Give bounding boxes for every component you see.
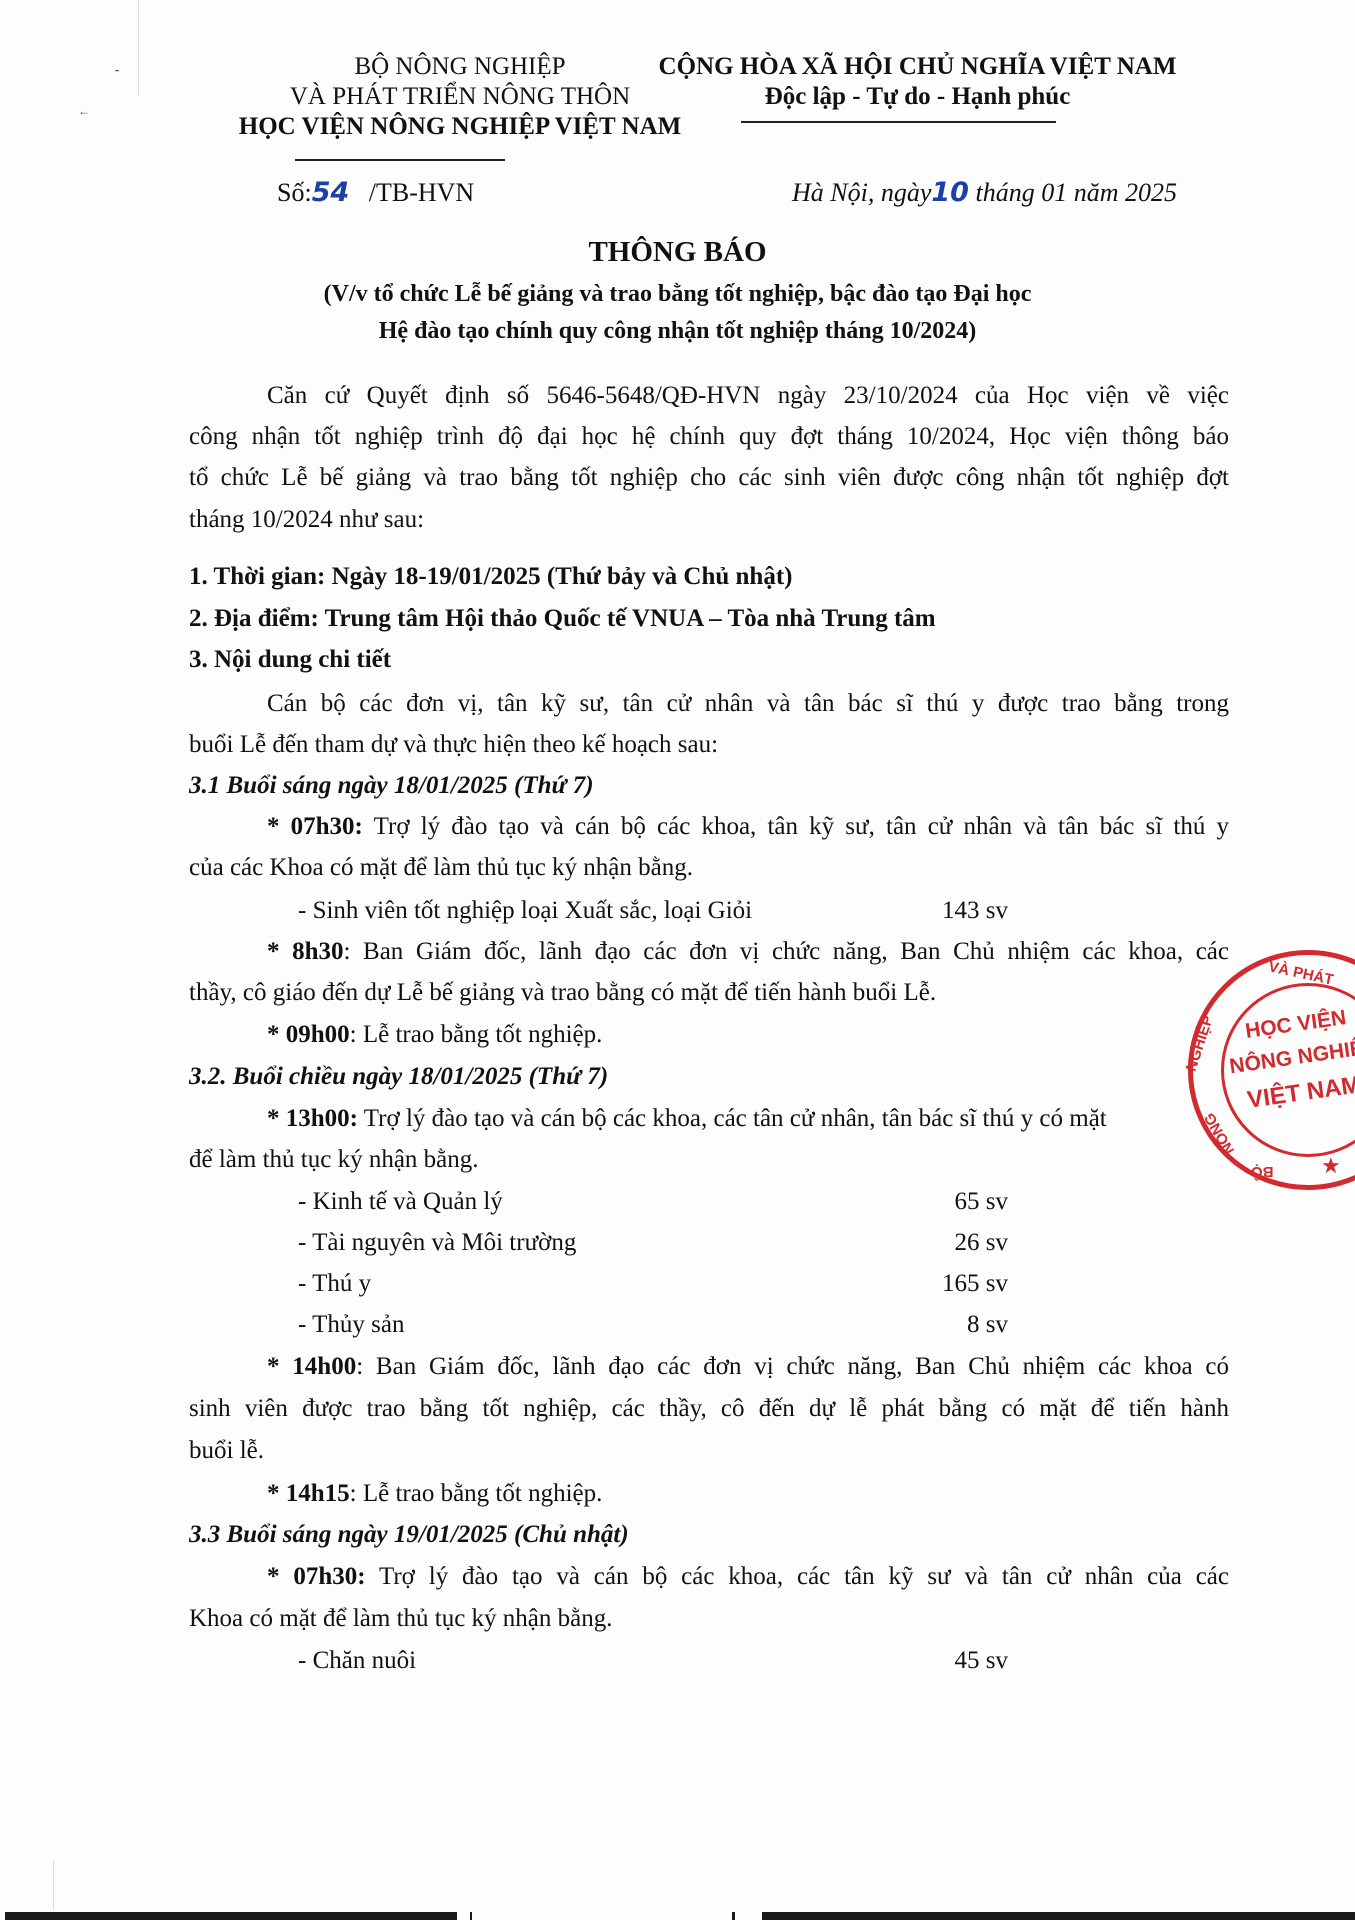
scan-bottom-bar <box>732 1912 735 1920</box>
scan-bottom-bar <box>762 1912 1355 1920</box>
session2-item3: * 14h15: Lễ trao bằng tốt nghiệp. <box>267 1480 602 1508</box>
scan-edge-line <box>53 1860 54 1910</box>
session3-heading: 3.3 Buổi sáng ngày 19/01/2025 (Chủ nhật) <box>189 1521 629 1549</box>
details-intro-line1: Cán bộ các đơn vị, tân kỹ sư, tân cử nhâ… <box>267 690 1229 718</box>
session1-group-name: - Sinh viên tốt nghiệp loại Xuất sắc, lo… <box>298 897 752 925</box>
document-number: Số:54 /TB-HVN <box>277 177 474 208</box>
official-seal: VÀ PHÁT NGHIỆP NÔNG BỘ HỌC VIỆN NÔNG NGH… <box>1188 950 1355 1190</box>
document-subtitle-line2: Hệ đào tạo chính quy công nhận tốt nghiệ… <box>0 318 1355 345</box>
national-motto: CỘNG HÒA XÃ HỘI CHỦ NGHĨA VIỆT NAM Độc l… <box>640 52 1195 112</box>
intro-line-2: công nhận tốt nghiệp trình độ đại học hệ… <box>189 423 1229 451</box>
scan-bottom-bar <box>470 1912 472 1920</box>
session1-item2: * 8h30: Ban Giám đốc, lãnh đạo các đơn v… <box>267 938 1229 966</box>
session2-group-name: - Thú y <box>298 1270 371 1298</box>
session3-group-name: - Chăn nuôi <box>298 1647 416 1675</box>
document-title: THÔNG BÁO <box>0 236 1355 269</box>
seal-star-icon: ★ <box>1321 1153 1341 1179</box>
intro-line-1: Căn cứ Quyết định số 5646-5648/QĐ-HVN ng… <box>267 382 1229 410</box>
header-right-underline <box>741 121 1056 123</box>
session2-heading: 3.2. Buổi chiều ngày 18/01/2025 (Thứ 7) <box>189 1063 608 1091</box>
session2-item1: * 13h00: Trợ lý đào tạo và cán bộ các kh… <box>267 1105 1107 1133</box>
session3-group-count: 45 sv <box>900 1647 1008 1675</box>
country-name: CỘNG HÒA XÃ HỘI CHỦ NGHĨA VIỆT NAM <box>640 52 1195 82</box>
handwritten-number: 54 <box>312 177 350 208</box>
session1-group-count: 143 sv <box>900 897 1008 925</box>
section-venue: 2. Địa điểm: Trung tâm Hội thảo Quốc tế … <box>189 605 936 633</box>
details-intro-line2: buổi Lễ đến tham dự và thực hiện theo kế… <box>189 731 718 759</box>
session2-group-name: - Kinh tế và Quản lý <box>298 1188 503 1216</box>
session3-item1-cont: Khoa có mặt để làm thủ tục ký nhận bằng. <box>189 1605 613 1633</box>
session2-item1-cont: để làm thủ tục ký nhận bằng. <box>189 1146 479 1174</box>
intro-line-3: tổ chức Lễ bế giảng và trao bằng tốt ngh… <box>189 464 1229 492</box>
place-date: Hà Nội, ngày10 tháng 01 năm 2025 <box>792 177 1177 208</box>
session2-item2: * 14h00: Ban Giám đốc, lãnh đạo các đơn … <box>267 1353 1229 1381</box>
scan-speck: ← <box>78 104 90 119</box>
session2-group-count: 8 sv <box>900 1311 1008 1339</box>
session2-group-name: - Thủy sản <box>298 1311 404 1339</box>
session1-item3: * 09h00: Lễ trao bằng tốt nghiệp. <box>267 1021 602 1049</box>
scan-edge-line <box>138 0 139 95</box>
section-details-heading: 3. Nội dung chi tiết <box>189 646 391 674</box>
intro-line-4: tháng 10/2024 như sau: <box>189 506 424 534</box>
section-time: 1. Thời gian: Ngày 18-19/01/2025 (Thứ bả… <box>189 563 793 591</box>
scan-speck: ⁃ <box>114 64 120 79</box>
handwritten-day: 10 <box>931 177 969 208</box>
session1-item1: * 07h30: Trợ lý đào tạo và cán bộ các kh… <box>267 813 1229 841</box>
document-subtitle-line1: (V/v tổ chức Lễ bế giảng và trao bằng tố… <box>0 281 1355 308</box>
scan-bottom-bar <box>5 1912 457 1920</box>
seal-arc-bottom: BỘ <box>1251 1163 1274 1180</box>
institution-name: HỌC VIỆN NÔNG NGHIỆP VIỆT NAM <box>180 112 740 142</box>
session2-group-count: 65 sv <box>900 1188 1008 1216</box>
session1-heading: 3.1 Buổi sáng ngày 18/01/2025 (Thứ 7) <box>189 772 594 800</box>
seal-arc-bottom-left: NÔNG <box>1201 1110 1238 1157</box>
session2-item2-cont: sinh viên được trao bằng tốt nghiệp, các… <box>189 1395 1229 1423</box>
session2-group-count: 26 sv <box>900 1229 1008 1257</box>
motto: Độc lập - Tự do - Hạnh phúc <box>640 82 1195 112</box>
session3-item1: * 07h30: Trợ lý đào tạo và cán bộ các kh… <box>267 1563 1229 1591</box>
session1-item1-cont: của các Khoa có mặt để làm thủ tục ký nh… <box>189 854 693 882</box>
session2-item2-cont2: buổi lễ. <box>189 1437 264 1465</box>
seal-arc-left: NGHIỆP <box>1183 1014 1217 1074</box>
session2-group-name: - Tài nguyên và Môi trường <box>298 1229 576 1257</box>
session2-group-count: 165 sv <box>900 1270 1008 1298</box>
header-left-underline <box>295 159 505 161</box>
session1-item2-cont: thầy, cô giáo đến dự Lễ bế giảng và trao… <box>189 979 936 1007</box>
